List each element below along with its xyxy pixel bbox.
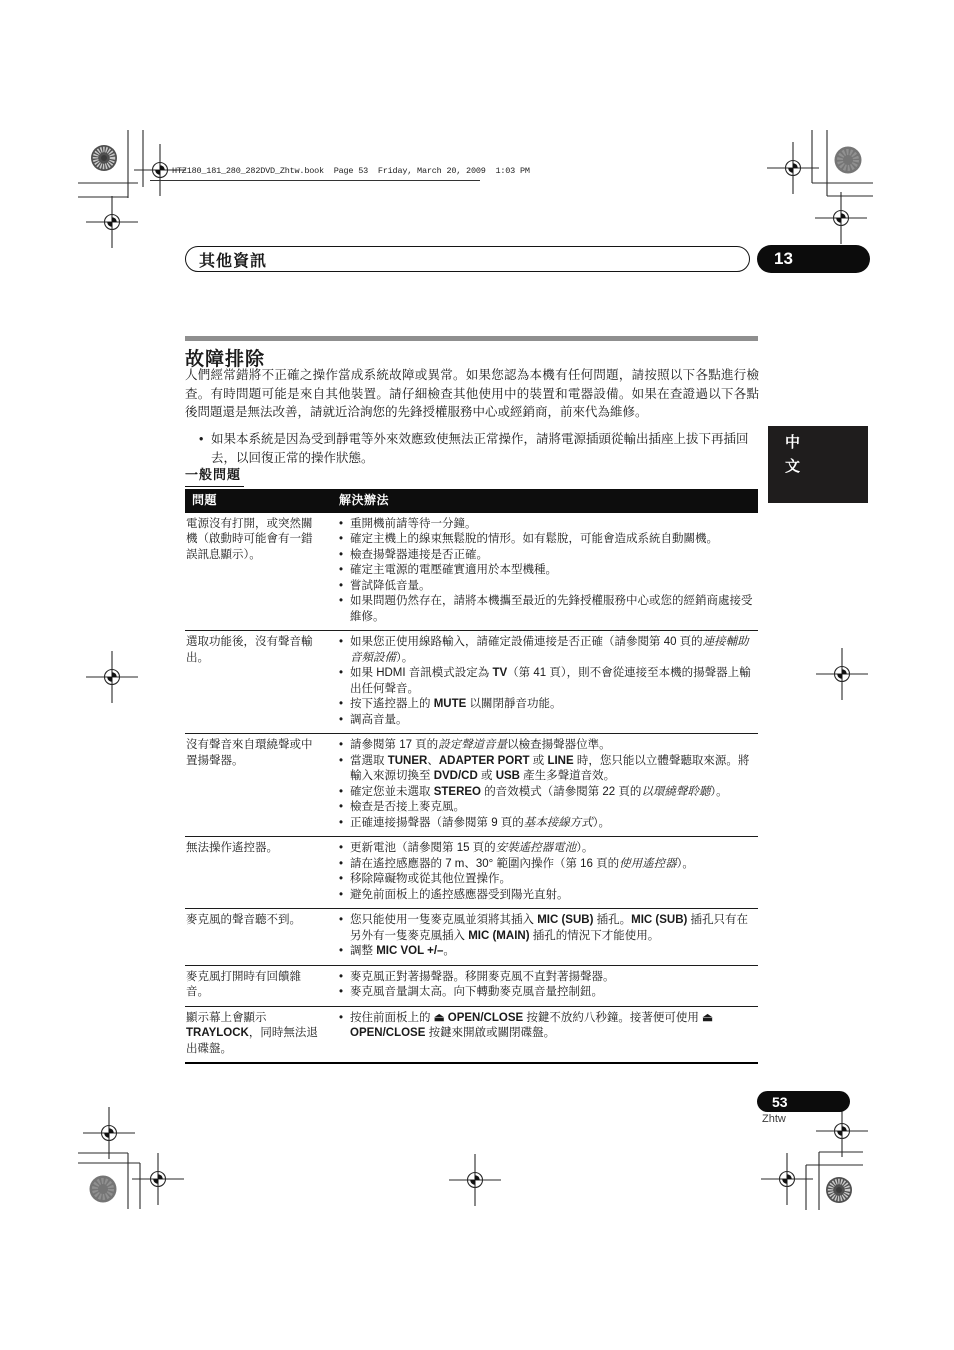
solution-cell: 麥克風正對著揚聲器。移開麥克風不直對著揚聲器。麥克風音量調太高。向下轉動麥克風音… [332,965,758,1006]
language-side-tab: 中文 [768,426,868,503]
halftone-dot-icon [835,147,862,174]
troubleshooting-table: 問題 解決辦法 電源沒有打開，或突然關機（啟動時可能會有一錯誤訊息顯示）。重開機… [185,489,758,1064]
text-segment: 確定您並未選取 [350,786,434,798]
text-segment: 沒有聲音來自環繞聲或中置揚聲器。 [186,739,313,767]
text-segment: 麥克風的聲音聽不到。 [186,914,301,926]
text-segment: 設定聲道音量 [438,739,507,751]
registration-crosshair-icon [86,196,138,248]
text-segment: 或 [530,755,548,767]
text-segment: 按下遙控器上的 [350,698,434,710]
intro-bullet-item: 如果本系統是因為受到靜電等外來效應致使無法正常操作，請將電源插頭從輸出插座上拔下… [198,430,760,467]
text-segment: ）。 [677,858,694,870]
solution-item: 如果 HDMI 音訊模式設定為 TV（第 41 頁），則不會從連接至本機的揚聲器… [339,666,758,697]
text-segment: 以關閉靜音功能。 [466,698,561,710]
text-segment: 插孔的情況下才能使用。 [530,930,660,942]
text-segment: TUNER [388,755,428,767]
text-segment: 使用遙控器 [619,858,677,870]
text-segment: MIC (SUB) [537,914,593,926]
text-segment: 確定主電源的電壓確實適用於本型機種。 [350,564,557,576]
solution-item: 正確連接揚聲器（請參閱第 9 頁的基本接線方式）。 [339,816,758,832]
table-row: 顯示幕上會顯示 TRAYLOCK，同時無法退出碟盤。按住前面板上的 ⏏ OPEN… [185,1006,758,1063]
halftone-dot-icon [90,1176,117,1203]
text-segment: TV [492,667,507,679]
section-rule [185,336,758,341]
column-header-solution: 解決辦法 [332,489,758,513]
text-segment: 或 [478,770,496,782]
problem-cell: 電源沒有打開，或突然關機（啟動時可能會有一錯誤訊息顯示）。 [185,513,332,631]
solution-item: 更新電池（請參閱第 15 頁的安裝遙控器電池）。 [339,841,758,857]
table-row: 麥克風打開時有回饋雜音。麥克風正對著揚聲器。移開麥克風不直對著揚聲器。麥克風音量… [185,965,758,1006]
problem-cell: 選取功能後，沒有聲音輸出。 [185,631,332,734]
solution-item: 麥克風正對著揚聲器。移開麥克風不直對著揚聲器。 [339,970,758,986]
manual-page: HTZ180_181_280_282DVD_Zhtw.book Page 53 … [0,0,954,1350]
table-header-row: 問題 解決辦法 [185,489,758,513]
text-segment: 按鍵不放約八秒鐘。接著便可使用 [523,1012,702,1024]
table-row: 電源沒有打開，或突然關機（啟動時可能會有一錯誤訊息顯示）。重開機前請等待一分鐘。… [185,513,758,631]
text-segment: 如果您正使用線路輸入，請確定設備連接是否正確（請參閱第 40 頁的 [350,636,703,648]
header-rule [150,180,480,181]
solution-item: 移除障礙物或從其他位置操作。 [339,872,758,888]
starburst-target-icon [91,145,117,171]
solution-item: 請參閱第 17 頁的設定聲道音量以檢查揚聲器位準。 [339,738,758,754]
text-segment: ）。 [710,786,727,798]
registration-crosshair-icon [816,648,868,700]
text-segment: 檢查是否接上麥克風。 [350,801,465,813]
text-segment: ）。 [593,817,610,829]
text-segment: 更新電池（請參閱第 15 頁的 [350,842,496,854]
chapter-tab: 其他資訊 [185,246,750,272]
text-segment: 顯示幕上會顯示 [186,1012,267,1024]
text-segment: 麥克風正對著揚聲器。移開麥克風不直對著揚聲器。 [350,971,615,983]
text-segment: 無法操作遙控器。 [186,842,278,854]
registration-crosshair-icon [767,142,819,194]
text-segment: 電源沒有打開，或突然關機（啟動時可能會有一錯誤訊息顯示）。 [186,518,313,561]
text-segment: 以檢查揚聲器位準。 [507,739,611,751]
text-segment: 重開機前請等待一分鐘。 [350,518,477,530]
registration-crosshair-icon [761,1153,813,1205]
text-segment: 。 [443,945,455,957]
problem-cell: 無法操作遙控器。 [185,837,332,909]
text-segment: USB [496,770,520,782]
text-segment: ADAPTER PORT [439,755,530,767]
text-segment: MUTE [434,698,467,710]
registration-crosshair-icon [816,1105,868,1157]
solution-cell: 您只能使用一隻麥克風並須將其插入 MIC (SUB) 插孔。MIC (SUB) … [332,909,758,966]
solution-item: 確定您並未選取 STEREO 的音效模式（請參閱第 22 頁的以環繞聲聆聽）。 [339,785,758,801]
text-segment: 按鍵來開啟或關閉碟盤。 [425,1027,555,1039]
text-segment: 安裝遙控器電池 [496,842,577,854]
subsection-title: 一般問題 [185,464,244,487]
solution-cell: 重開機前請等待一分鐘。確定主機上的線束無鬆脫的情形。如有鬆脫，可能會造成系統自動… [332,513,758,631]
page-number-badge: 53 [757,1091,850,1112]
solution-item: 調高音量。 [339,713,758,729]
text-segment: 的音效模式（請參閱第 22 頁的 [481,786,641,798]
table-row: 沒有聲音來自環繞聲或中置揚聲器。請參閱第 17 頁的設定聲道音量以檢查揚聲器位準… [185,734,758,837]
text-segment: 請參閱第 17 頁的 [350,739,438,751]
text-segment: 麥克風音量調太高。向下轉動麥克風音量控制鈕。 [350,986,603,998]
solution-cell: 更新電池（請參閱第 15 頁的安裝遙控器電池）。請在遙控感應器的 7 m、30°… [332,837,758,909]
text-segment: 嘗試降低音量。 [350,580,431,592]
document-header: HTZ180_181_280_282DVD_Zhtw.book Page 53 … [172,166,530,176]
chapter-number-badge: 13 [757,245,870,273]
registration-crosshair-icon [815,192,867,244]
table-row: 麥克風的聲音聽不到。您只能使用一隻麥克風並須將其插入 MIC (SUB) 插孔。… [185,909,758,966]
chapter-tab-label: 其他資訊 [199,248,267,271]
solution-item: 當選取 TUNER、ADAPTER PORT 或 LINE 時，您只能以立體聲聽… [339,754,758,785]
solution-item: 重開機前請等待一分鐘。 [339,517,758,533]
text-segment: MIC (SUB) [631,914,687,926]
text-segment: 產生多聲道音效。 [520,770,615,782]
solution-cell: 如果您正使用線路輸入，請確定設備連接是否正確（請參閱第 40 頁的連接輔助音頻設… [332,631,758,734]
solution-item: 如果您正使用線路輸入，請確定設備連接是否正確（請參閱第 40 頁的連接輔助音頻設… [339,635,758,666]
page-language-label: Zhtw [762,1113,786,1125]
text-segment: 請在遙控感應器的 7 m、30° 範圍內操作（第 16 頁的 [350,858,619,870]
registration-crosshair-icon [83,1107,135,1159]
text-segment: 如果 HDMI 音訊模式設定為 [350,667,492,679]
text-segment: ⏏ OPEN/CLOSE [434,1012,523,1024]
text-segment: 選取功能後，沒有聲音輸出。 [186,636,313,664]
solution-item: 請在遙控感應器的 7 m、30° 範圍內操作（第 16 頁的使用遙控器）。 [339,857,758,873]
solution-item: 檢查揚聲器連接是否正確。 [339,548,758,564]
text-segment: 當選取 [350,755,388,767]
text-segment: 調整 [350,945,376,957]
language-side-tab-label: 中文 [777,434,806,482]
solution-item: 麥克風音量調太高。向下轉動麥克風音量控制鈕。 [339,985,758,1001]
solution-item: 如果問題仍然存在，請將本機攜至最近的先鋒授權服務中心或您的經銷商處接受維修。 [339,594,758,625]
table-row: 選取功能後，沒有聲音輸出。如果您正使用線路輸入，請確定設備連接是否正確（請參閱第… [185,631,758,734]
text-segment: 檢查揚聲器連接是否正確。 [350,549,488,561]
solution-item: 確定主電源的電壓確實適用於本型機種。 [339,563,758,579]
solution-item: 避免前面板上的遙控感應器受到陽光直射。 [339,888,758,904]
text-segment: 基本接線方式 [524,817,593,829]
registration-crosshair-icon [86,651,138,703]
text-segment: 麥克風打開時有回饋雜音。 [186,971,301,999]
text-segment: 如果問題仍然存在，請將本機攜至最近的先鋒授權服務中心或您的經銷商處接受維修。 [350,595,753,623]
text-segment: MIC (MAIN) [468,930,529,942]
text-segment: 您只能使用一隻麥克風並須將其插入 [350,914,537,926]
problem-cell: 顯示幕上會顯示 TRAYLOCK，同時無法退出碟盤。 [185,1006,332,1063]
text-segment: 以環繞聲聆聽 [641,786,710,798]
starburst-target-icon [826,1177,852,1203]
table-body: 電源沒有打開，或突然關機（啟動時可能會有一錯誤訊息顯示）。重開機前請等待一分鐘。… [185,513,758,1064]
solution-item: 按住前面板上的 ⏏ OPEN/CLOSE 按鍵不放約八秒鐘。接著便可使用 ⏏ O… [339,1011,758,1042]
table-row: 無法操作遙控器。更新電池（請參閱第 15 頁的安裝遙控器電池）。請在遙控感應器的… [185,837,758,909]
solution-item: 嘗試降低音量。 [339,579,758,595]
solution-cell: 請參閱第 17 頁的設定聲道音量以檢查揚聲器位準。當選取 TUNER、ADAPT… [332,734,758,837]
solution-item: 確定主機上的線束無鬆脫的情形。如有鬆脫，可能會造成系統自動關機。 [339,532,758,548]
text-segment: 確定主機上的線束無鬆脫的情形。如有鬆脫，可能會造成系統自動關機。 [350,533,718,545]
text-segment: STEREO [434,786,481,798]
registration-crosshair-icon [449,1154,501,1206]
problem-cell: 麥克風打開時有回饋雜音。 [185,965,332,1006]
table-header: 問題 解決辦法 [185,489,758,513]
text-segment: 調高音量。 [350,714,408,726]
text-segment: 移除障礙物或從其他位置操作。 [350,873,511,885]
text-segment: LINE [547,755,573,767]
text-segment: MIC VOL +/– [376,945,443,957]
text-segment: 避免前面板上的遙控感應器受到陽光直射。 [350,889,569,901]
problem-cell: 沒有聲音來自環繞聲或中置揚聲器。 [185,734,332,837]
text-segment: 按住前面板上的 [350,1012,434,1024]
solution-item: 調整 MIC VOL +/–。 [339,944,758,960]
text-segment: 正確連接揚聲器（請參閱第 9 頁的 [350,817,524,829]
solution-item: 您只能使用一隻麥克風並須將其插入 MIC (SUB) 插孔。MIC (SUB) … [339,913,758,944]
text-segment: 、 [427,755,439,767]
column-header-problem: 問題 [185,489,332,513]
text-segment: TRAYLOCK [186,1027,249,1039]
text-segment: 插孔。 [593,914,631,926]
solution-item: 檢查是否接上麥克風。 [339,800,758,816]
text-segment: DVD/CD [434,770,478,782]
text-segment: ）。 [576,842,593,854]
solution-cell: 按住前面板上的 ⏏ OPEN/CLOSE 按鍵不放約八秒鐘。接著便可使用 ⏏ O… [332,1006,758,1063]
text-segment: ）。 [396,652,413,664]
problem-cell: 麥克風的聲音聽不到。 [185,909,332,966]
intro-paragraph: 人們經常錯將不正確之操作當成系統故障或異常。如果您認為本機有任何問題，請按照以下… [185,366,759,422]
solution-item: 按下遙控器上的 MUTE 以關閉靜音功能。 [339,697,758,713]
